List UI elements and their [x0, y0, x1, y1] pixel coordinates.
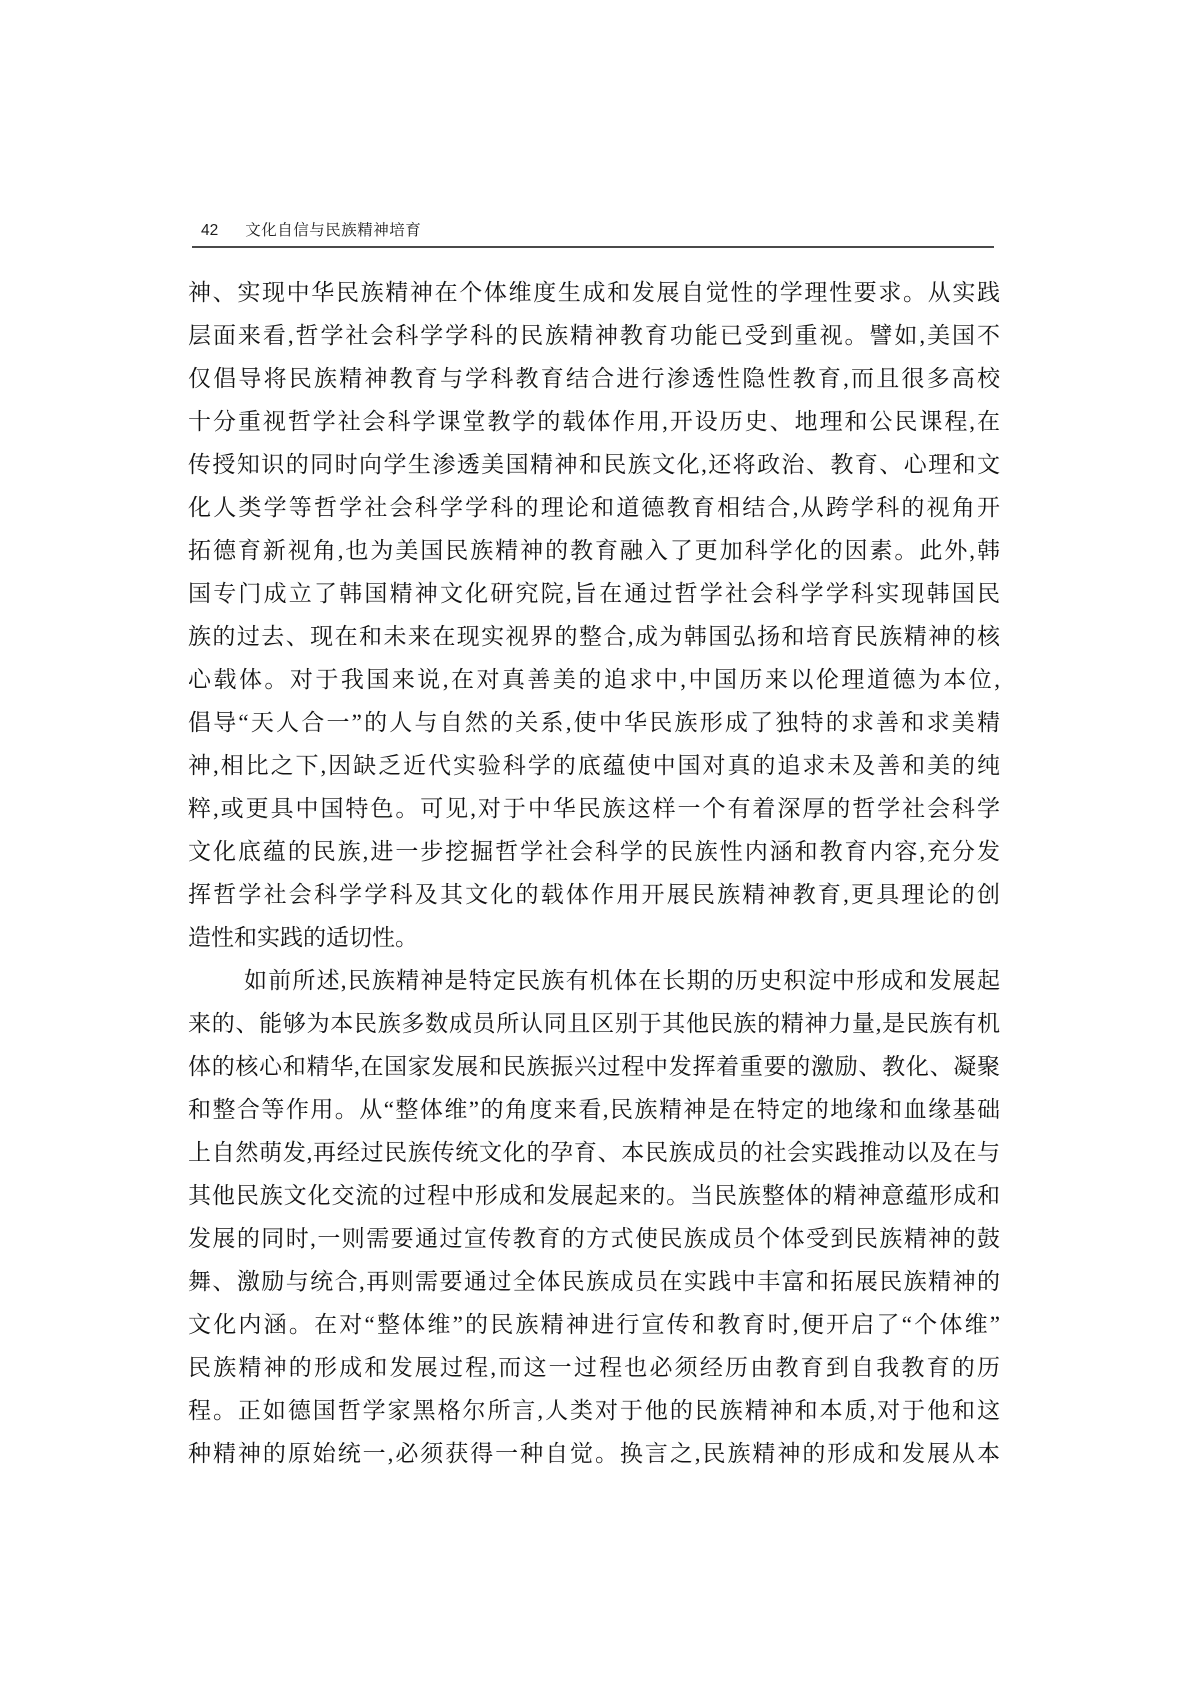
text-line: 上自然萌发,再经过民族传统文化的孕育、本民族成员的社会实践推动以及在与: [188, 1131, 1000, 1174]
text-line: 神,相比之下,因缺乏近代实验科学的底蕴使中国对真的追求未及善和美的纯: [188, 744, 1000, 787]
paragraph-1: 神、实现中华民族精神在个体维度生成和发展自觉性的学理性要求。从实践 层面来看,哲…: [188, 271, 1000, 959]
page-header: 42 文化自信与民族精神培育: [201, 218, 421, 240]
book-page: 42 文化自信与民族精神培育 神、实现中华民族精神在个体维度生成和发展自觉性的学…: [0, 0, 1190, 1684]
text-line: 舞、激励与统合,再则需要通过全体民族成员在实践中丰富和拓展民族精神的: [188, 1260, 1000, 1303]
page-number: 42: [201, 222, 218, 240]
text-line: 文化内涵。在对“整体维”的民族精神进行宣传和教育时,便开启了“个体维”: [188, 1303, 1000, 1346]
text-line: 化人类学等哲学社会科学学科的理论和道德教育相结合,从跨学科的视角开: [188, 486, 1000, 529]
text-line: 挥哲学社会科学学科及其文化的载体作用开展民族精神教育,更具理论的创: [188, 873, 1000, 916]
header-rule: [192, 246, 994, 248]
text-line: 民族精神的形成和发展过程,而这一过程也必须经历由教育到自我教育的历: [188, 1346, 1000, 1389]
text-line: 文化底蕴的民族,进一步挖掘哲学社会科学的民族性内涵和教育内容,充分发: [188, 830, 1000, 873]
text-line: 如前所述,民族精神是特定民族有机体在长期的历史积淀中形成和发展起: [188, 959, 1000, 1002]
text-line: 拓德育新视角,也为美国民族精神的教育融入了更加科学化的因素。此外,韩: [188, 529, 1000, 572]
text-line: 和整合等作用。从“整体维”的角度来看,民族精神是在特定的地缘和血缘基础: [188, 1088, 1000, 1131]
text-line: 体的核心和精华,在国家发展和民族振兴过程中发挥着重要的激励、教化、凝聚: [188, 1045, 1000, 1088]
text-line: 倡导“天人合一”的人与自然的关系,使中华民族形成了独特的求善和求美精: [188, 701, 1000, 744]
paragraph-2: 如前所述,民族精神是特定民族有机体在长期的历史积淀中形成和发展起 来的、能够为本…: [188, 959, 1000, 1475]
text-line: 神、实现中华民族精神在个体维度生成和发展自觉性的学理性要求。从实践: [188, 271, 1000, 314]
running-title: 文化自信与民族精神培育: [245, 218, 421, 240]
text-line: 来的、能够为本民族多数成员所认同且区别于其他民族的精神力量,是民族有机: [188, 1002, 1000, 1045]
text-line: 层面来看,哲学社会科学学科的民族精神教育功能已受到重视。譬如,美国不: [188, 314, 1000, 357]
text-line: 程。正如德国哲学家黑格尔所言,人类对于他的民族精神和本质,对于他和这: [188, 1389, 1000, 1432]
text-line: 发展的同时,一则需要通过宣传教育的方式使民族成员个体受到民族精神的鼓: [188, 1217, 1000, 1260]
text-line: 传授知识的同时向学生渗透美国精神和民族文化,还将政治、教育、心理和文: [188, 443, 1000, 486]
text-line: 心载体。对于我国来说,在对真善美的追求中,中国历来以伦理道德为本位,: [188, 658, 1000, 701]
text-line: 造性和实践的适切性。: [188, 916, 1000, 959]
text-line: 国专门成立了韩国精神文化研究院,旨在通过哲学社会科学学科实现韩国民: [188, 572, 1000, 615]
text-line: 种精神的原始统一,必须获得一种自觉。换言之,民族精神的形成和发展从本: [188, 1432, 1000, 1475]
text-line: 其他民族文化交流的过程中形成和发展起来的。当民族整体的精神意蕴形成和: [188, 1174, 1000, 1217]
text-line: 仅倡导将民族精神教育与学科教育结合进行渗透性隐性教育,而且很多高校: [188, 357, 1000, 400]
body-text: 神、实现中华民族精神在个体维度生成和发展自觉性的学理性要求。从实践 层面来看,哲…: [188, 271, 1000, 1475]
text-line: 族的过去、现在和未来在现实视界的整合,成为韩国弘扬和培育民族精神的核: [188, 615, 1000, 658]
text-line: 十分重视哲学社会科学课堂教学的载体作用,开设历史、地理和公民课程,在: [188, 400, 1000, 443]
text-line: 粹,或更具中国特色。可见,对于中华民族这样一个有着深厚的哲学社会科学: [188, 787, 1000, 830]
